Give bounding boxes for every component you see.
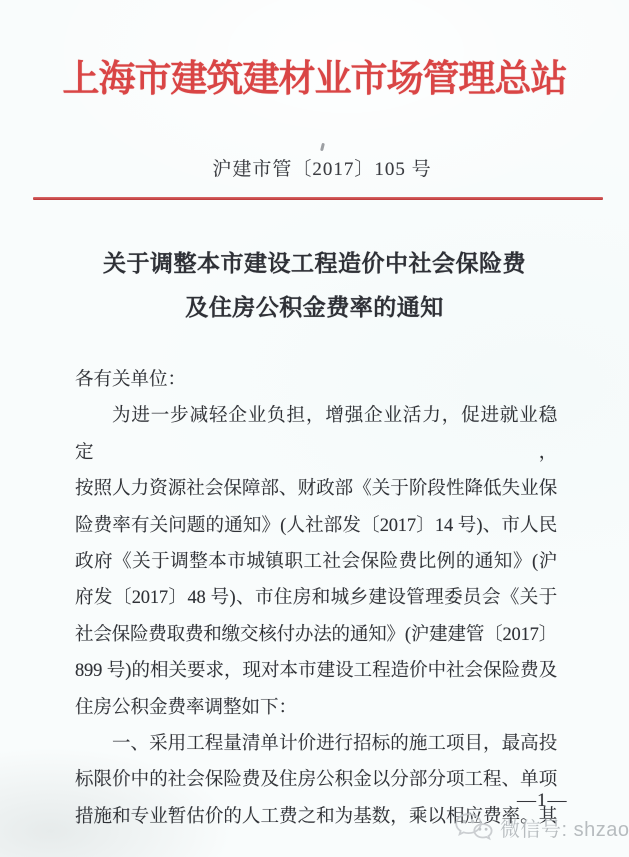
body-text-line: 险费率有关问题的通知》(人社部发〔2017〕14 号)、市人民 [75, 508, 557, 544]
body-text-line: 按照人力资源社会保障部、财政部《关于阶段性降低失业保 [75, 471, 557, 507]
ink-speck [320, 143, 325, 151]
wechat-watermark: 微信号: shzaojia [454, 811, 629, 843]
document-number: 沪建市管〔2017〕105 号 [0, 154, 629, 181]
body-text-line: 社会保险费取费和缴交核付办法的通知》(沪建建管〔2017〕 [75, 617, 557, 653]
body-text-line: 一、采用工程量清单计价进行招标的施工项目，最高投 [75, 726, 557, 762]
header-divider-rule [33, 197, 603, 200]
body-text-line: 899 号)的相关要求，现对本市建设工程造价中社会保险费及 [75, 653, 557, 689]
body-text-line: 为进一步减轻企业负担，增强企业活力，促进就业稳定， [75, 398, 557, 471]
document-page: 上海市建筑建材业市场管理总站 沪建市管〔2017〕105 号 关于调整本市建设工… [0, 0, 629, 857]
wechat-icon [454, 812, 494, 842]
body-text-line: 住房公积金费率调整如下： [75, 690, 557, 726]
document-body: 各有关单位： 为进一步减轻企业负担，增强企业活力，促进就业稳定， 按照人力资源社… [75, 362, 557, 835]
body-text-line: 政府《关于调整本市城镇职工社会保险费比例的通知》(沪 [75, 544, 557, 580]
document-title-line2: 及住房公积金费率的通知 [0, 295, 629, 321]
body-text-line: 府发〔2017〕48 号)、市住房和城乡建设管理委员会《关于 [75, 580, 557, 616]
page-number: —1— [517, 790, 568, 812]
document-title-line1: 关于调整本市建设工程造价中社会保险费 [0, 251, 629, 277]
body-text-line: 标限价中的社会保险费及住房公积金以分部分项工程、单项 [75, 762, 557, 798]
salutation-line: 各有关单位： [75, 362, 557, 398]
wechat-id-text: 微信号: shzaojia [500, 813, 629, 842]
document-header-title: 上海市建筑建材业市场管理总站 [0, 48, 629, 102]
